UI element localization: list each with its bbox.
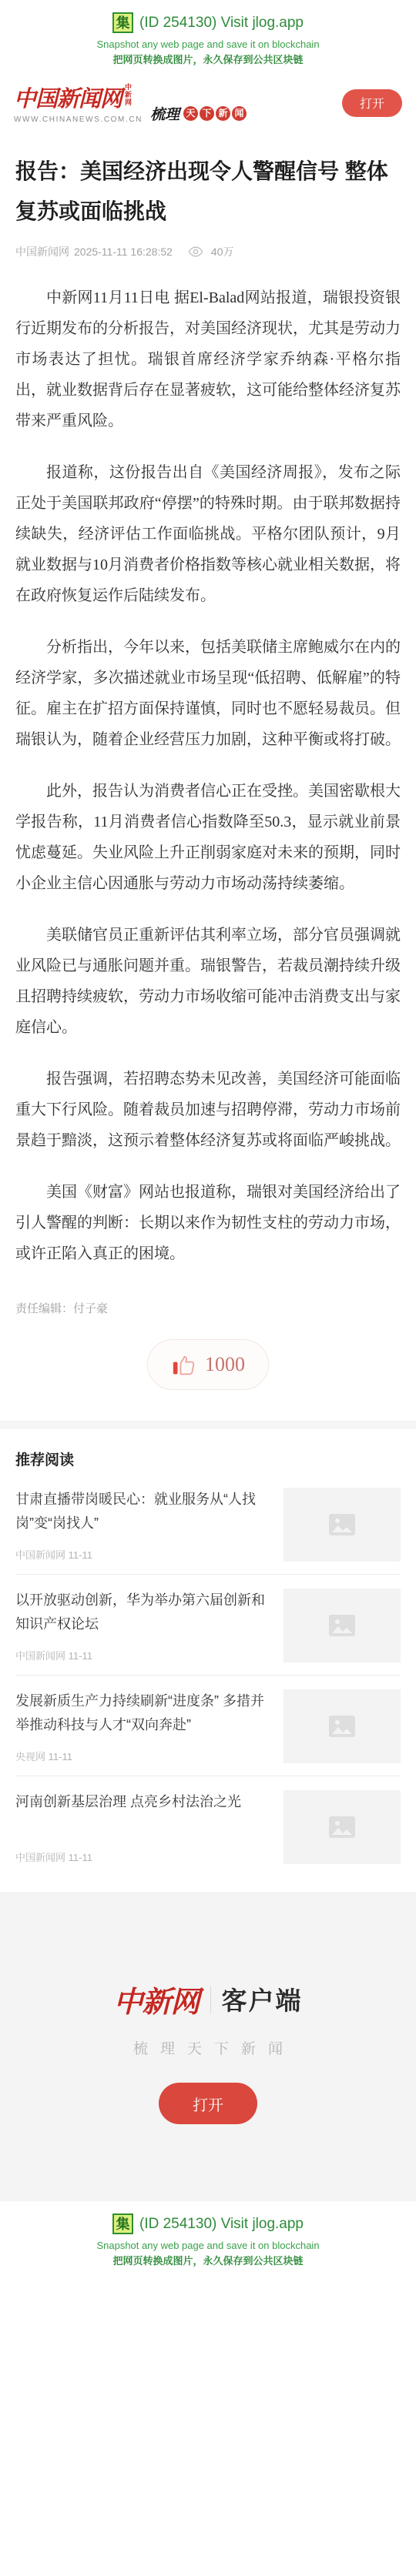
editor-credit: 责任编辑：付子豪 [0,1300,416,1316]
footer-logo-divider [210,1986,211,2013]
like-count: 1000 [205,1353,245,1376]
site-logo[interactable]: 中国新闻网 中新网 WWW.CHINANEWS.COM.CN [14,82,143,124]
image-placeholder-icon [329,1615,355,1636]
paragraph: 此外，报告认为消费者信心正在受挫。美国密歇根大学报告称，11月消费者信心指数降至… [15,776,401,899]
paragraph: 报告强调，若招聘态势未见改善，美国经济可能面临重大下行风险。随着裁员加速与招聘停… [15,1064,401,1156]
logo-vertical-text: 中新网 [123,83,133,106]
slogan-char-1: 天 [183,106,198,121]
recommend-item-source: 中国新闻网 [15,1852,65,1863]
recommend-item[interactable]: 甘肃直播带岗暖民心：就业服务从“人找岗”变“岗找人” 中国新闻网 11-11 [15,1474,401,1575]
footer-slogan: 梳理天下新闻 [0,2037,416,2058]
recommend-item[interactable]: 发展新质生产力持续刷新“进度条” 多措并举推动科技与人才“双向奔赴” 央视网 1… [15,1676,401,1776]
top-promo-banner: 集 (ID 254130) Visit jlog.app Snapshot an… [0,0,416,75]
slogan-char-3: 新 [216,106,230,121]
thumb-up-icon [171,1352,197,1377]
paragraph: 分析指出，今年以来，包括美联储主席鲍威尔在内的经济学家，多次描述就业市场呈现“低… [15,632,401,755]
recommend-item-title: 以开放驱动创新，华为举办第六届创新和知识产权论坛 [15,1589,270,1636]
recommend-item-thumbnail [283,1488,401,1562]
recommend-item-thumbnail [283,1589,401,1662]
paragraph: 美联储官员正重新评估其利率立场，部分官员强调就业风险已与通胀问题并重。瑞银警告，… [15,920,401,1043]
recommend-item-thumbnail [283,1689,401,1763]
image-placeholder-icon [329,1716,355,1737]
logo-url: WWW.CHINANEWS.COM.CN [14,115,143,124]
recommend-item-source: 中国新闻网 [15,1549,65,1561]
recommend-item-date: 11-11 [69,1852,92,1863]
article-body: 中新网11月11日电 据El-Balad网站报道，瑞银投资银行近期发布的分析报告… [0,282,416,1269]
footer-client-label: 客户端 [222,1981,303,2017]
views-eye-icon [188,246,203,258]
app-footer: 中新网 客户端 梳理天下新闻 打开 [0,1892,416,2201]
slogan-char-4: 闻 [232,106,247,121]
recommend-item-source: 中国新闻网 [15,1650,65,1662]
open-app-button[interactable]: 打开 [342,89,402,117]
promo-link[interactable]: (ID 254130) Visit jlog.app [139,2216,304,2233]
recommend-item-source: 央视网 [15,1751,45,1762]
article-byline: 中国新闻网 2025-11-11 16:28:52 40万 [0,244,416,259]
recommend-item-date: 11-11 [69,1650,92,1662]
promo-subtitle-en: Snapshot any web page and save it on blo… [0,2240,416,2251]
promo-link[interactable]: (ID 254130) Visit jlog.app [139,15,304,32]
logo-calligraphy: 中国新闻网 [14,82,122,113]
recommend-item-title: 甘肃直播带岗暖民心：就业服务从“人找岗”变“岗找人” [15,1488,270,1535]
promo-subtitle-zh: 把网页转换成图片，永久保存到公共区块链 [0,52,416,66]
recommend-item-date: 11-11 [49,1751,72,1762]
like-button[interactable]: 1000 [147,1339,269,1390]
slogan-char-2: 下 [200,106,214,121]
recommend-item-date: 11-11 [69,1549,92,1561]
jlog-badge-icon: 集 [112,12,133,33]
promo-subtitle-en: Snapshot any web page and save it on blo… [0,38,416,50]
paragraph: 报道称，这份报告出自《美国经济周报》，发布之际正处于美国联邦政府“停摆”的特殊时… [15,457,401,611]
footer-logo-calligraphy: 中新网 [113,1978,199,2020]
article-datetime: 2025-11-11 16:28:52 [74,246,173,258]
promo-subtitle-zh: 把网页转换成图片，永久保存到公共区块链 [0,2253,416,2267]
view-count: 40万 [211,244,234,259]
footer-open-app-button[interactable]: 打开 [159,2083,257,2124]
bottom-promo-banner: 集 (ID 254130) Visit jlog.app Snapshot an… [0,2201,416,2277]
image-placeholder-icon [329,1514,355,1535]
article-source: 中国新闻网 [15,244,69,259]
site-header: 中国新闻网 中新网 WWW.CHINANEWS.COM.CN 梳理 天 下 新 … [0,75,416,135]
paragraph: 中新网11月11日电 据El-Balad网站报道，瑞银投资银行近期发布的分析报告… [15,282,401,436]
recommend-section: 推荐阅读 甘肃直播带岗暖民心：就业服务从“人找岗”变“岗找人” 中国新闻网 11… [0,1428,416,1881]
article-title: 报告：美国经济出现令人警醒信号 整体复苏或面临挑战 [0,152,416,232]
recommend-item-thumbnail [283,1790,401,1864]
recommend-item[interactable]: 以开放驱动创新，华为举办第六届创新和知识产权论坛 中国新闻网 11-11 [15,1575,401,1676]
section-divider [0,1421,416,1428]
recommend-heading: 推荐阅读 [15,1448,401,1469]
slogan-prefix: 梳理 [150,103,179,124]
recommend-item-title: 发展新质生产力持续刷新“进度条” 多措并举推动科技与人才“双向奔赴” [15,1689,270,1737]
jlog-badge-icon: 集 [112,2213,133,2234]
recommend-item[interactable]: 河南创新基层治理 点亮乡村法治之光 中国新闻网 11-11 [15,1776,401,1876]
header-slogan: 梳理 天 下 新 闻 [150,103,247,124]
recommend-item-title: 河南创新基层治理 点亮乡村法治之光 [15,1790,270,1814]
paragraph: 美国《财富》网站也报道称，瑞银对美国经济给出了引人警醒的判断：长期以来作为韧性支… [15,1177,401,1269]
image-placeholder-icon [329,1816,355,1838]
